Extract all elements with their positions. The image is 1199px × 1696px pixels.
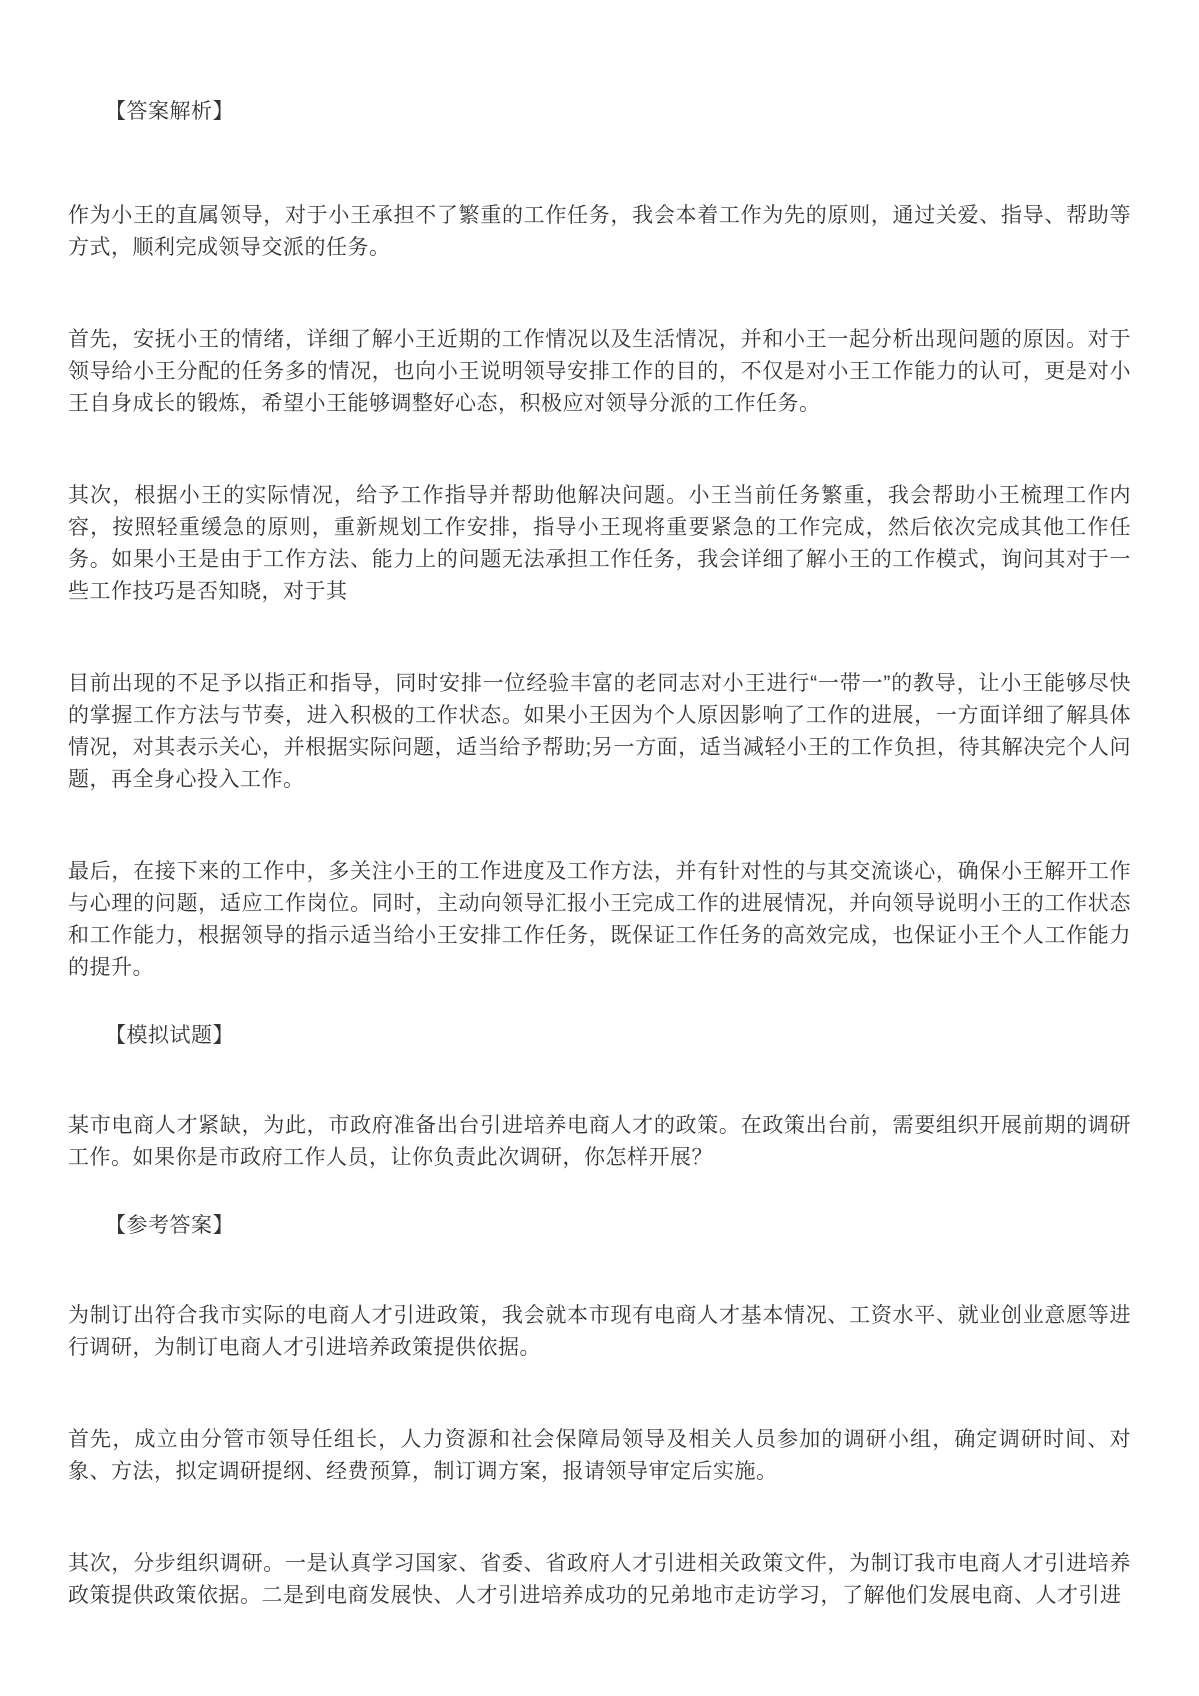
paragraph-reference-first: 首先，成立由分管市领导任组长，人力资源和社会保障局领导及相关人员参加的调研小组，… <box>68 1424 1131 1488</box>
section-heading-answer-analysis: 【答案解析】 <box>68 96 1131 128</box>
paragraph-answer-second-continued: 目前出现的不足予以指正和指导，同时安排一位经验丰富的老同志对小王进行“一带一”的… <box>68 668 1131 796</box>
paragraph-reference-second: 其次，分步组织调研。一是认真学习国家、省委、省政府人才引进相关政策文件，为制订我… <box>68 1548 1131 1612</box>
document-page: 【答案解析】 作为小王的直属领导，对于小王承担不了繁重的工作任务，我会本着工作为… <box>0 0 1199 1696</box>
paragraph-mock-question: 某市电商人才紧缺，为此，市政府准备出台引进培养电商人才的政策。在政策出台前，需要… <box>68 1110 1131 1174</box>
paragraph-answer-finally: 最后，在接下来的工作中，多关注小王的工作进度及工作方法，并有针对性的与其交流谈心… <box>68 856 1131 984</box>
paragraph-reference-intro: 为制订出符合我市实际的电商人才引进政策，我会就本市现有电商人才基本情况、工资水平… <box>68 1300 1131 1364</box>
paragraph-answer-first: 首先，安抚小王的情绪，详细了解小王近期的工作情况以及生活情况，并和小王一起分析出… <box>68 324 1131 420</box>
section-heading-reference-answer: 【参考答案】 <box>68 1210 1131 1242</box>
section-heading-mock-question: 【模拟试题】 <box>68 1020 1131 1052</box>
paragraph-answer-second: 其次，根据小王的实际情况，给予工作指导并帮助他解决问题。小王当前任务繁重，我会帮… <box>68 480 1131 608</box>
paragraph-answer-intro: 作为小王的直属领导，对于小王承担不了繁重的工作任务，我会本着工作为先的原则，通过… <box>68 200 1131 264</box>
